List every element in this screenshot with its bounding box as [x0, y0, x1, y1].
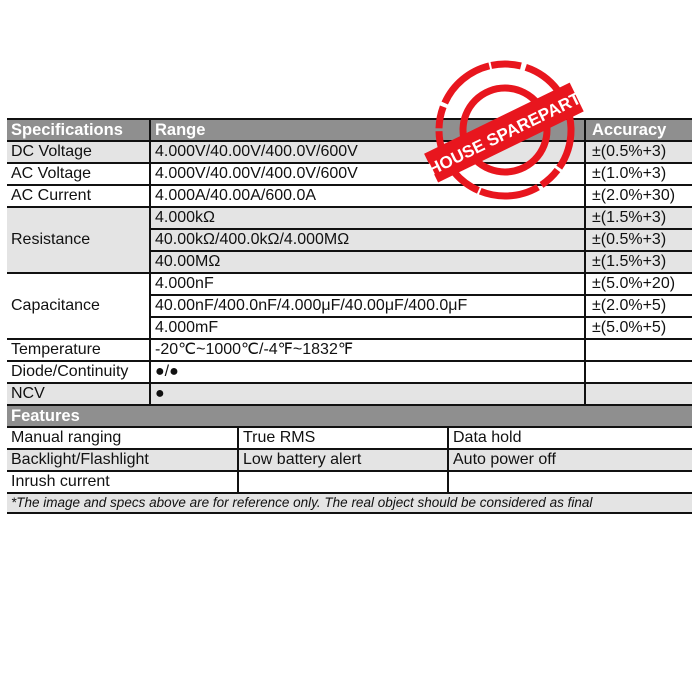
feature-item: True RMS [238, 428, 448, 449]
accuracy-value: ±(1.5%+3) [585, 207, 692, 229]
spec-label: DC Voltage [7, 141, 150, 163]
feature-item: Backlight/Flashlight [7, 449, 238, 471]
accuracy-value: ±(1.0%+3) [585, 163, 692, 185]
range-value: 4.000A/40.00A/600.0A [150, 185, 585, 207]
table-row-diode-continuity: Diode/Continuity ●/● [7, 361, 692, 383]
accuracy-value: ±(2.0%+5) [585, 295, 692, 317]
range-value: 40.00kΩ/400.0kΩ/4.000MΩ [150, 229, 585, 251]
spec-label: AC Voltage [7, 163, 150, 185]
spec-label: Capacitance [7, 273, 150, 339]
accuracy-value [585, 339, 692, 361]
spec-label: AC Current [7, 185, 150, 207]
features-heading: Features [7, 406, 692, 428]
table-row-dc-voltage: DC Voltage 4.000V/40.00V/400.0V/600V ±(0… [7, 141, 692, 163]
header-specifications: Specifications [7, 120, 150, 141]
range-value: 4.000V/40.00V/400.0V/600V [150, 163, 585, 185]
table-row-resistance-1: Resistance 4.000kΩ ±(1.5%+3) [7, 207, 692, 229]
range-value: 4.000V/40.00V/400.0V/600V [150, 141, 585, 163]
features-table: Manual ranging True RMS Data hold Backli… [7, 428, 692, 494]
range-value: 4.000mF [150, 317, 585, 339]
table-row-ac-current: AC Current 4.000A/40.00A/600.0A ±(2.0%+3… [7, 185, 692, 207]
spec-label: Resistance [7, 207, 150, 273]
table-header-row: Specifications Range Accuracy [7, 120, 692, 141]
spec-label: Temperature [7, 339, 150, 361]
feature-item: Low battery alert [238, 449, 448, 471]
range-value: 4.000nF [150, 273, 585, 295]
accuracy-value: ±(0.5%+3) [585, 141, 692, 163]
table-row-ac-voltage: AC Voltage 4.000V/40.00V/400.0V/600V ±(1… [7, 163, 692, 185]
accuracy-value: ±(2.0%+30) [585, 185, 692, 207]
accuracy-value [585, 383, 692, 405]
range-value: 40.00MΩ [150, 251, 585, 273]
range-value: 4.000kΩ [150, 207, 585, 229]
supported-indicator: ●/● [150, 361, 585, 383]
header-accuracy: Accuracy [585, 120, 692, 141]
spec-sheet: Specifications Range Accuracy DC Voltage… [7, 120, 692, 514]
specifications-table: Specifications Range Accuracy DC Voltage… [7, 120, 692, 406]
range-value: -20℃~1000℃/-4℉~1832℉ [150, 339, 585, 361]
feature-item: Manual ranging [7, 428, 238, 449]
feature-item [448, 471, 692, 493]
feature-item [238, 471, 448, 493]
table-row-ncv: NCV ● [7, 383, 692, 405]
spec-label: Diode/Continuity [7, 361, 150, 383]
supported-indicator: ● [150, 383, 585, 405]
table-row-temperature: Temperature -20℃~1000℃/-4℉~1832℉ [7, 339, 692, 361]
spec-label: NCV [7, 383, 150, 405]
features-row: Manual ranging True RMS Data hold [7, 428, 692, 449]
table-row-capacitance-1: Capacitance 4.000nF ±(5.0%+20) [7, 273, 692, 295]
features-row: Inrush current [7, 471, 692, 493]
feature-item: Inrush current [7, 471, 238, 493]
features-row: Backlight/Flashlight Low battery alert A… [7, 449, 692, 471]
feature-item: Auto power off [448, 449, 692, 471]
accuracy-value [585, 361, 692, 383]
accuracy-value: ±(5.0%+20) [585, 273, 692, 295]
accuracy-value: ±(1.5%+3) [585, 251, 692, 273]
accuracy-value: ±(5.0%+5) [585, 317, 692, 339]
disclaimer-note: *The image and specs above are for refer… [7, 494, 692, 514]
range-value: 40.00nF/400.0nF/4.000μF/40.00μF/400.0μF [150, 295, 585, 317]
accuracy-value: ±(0.5%+3) [585, 229, 692, 251]
feature-item: Data hold [448, 428, 692, 449]
header-range: Range [150, 120, 585, 141]
